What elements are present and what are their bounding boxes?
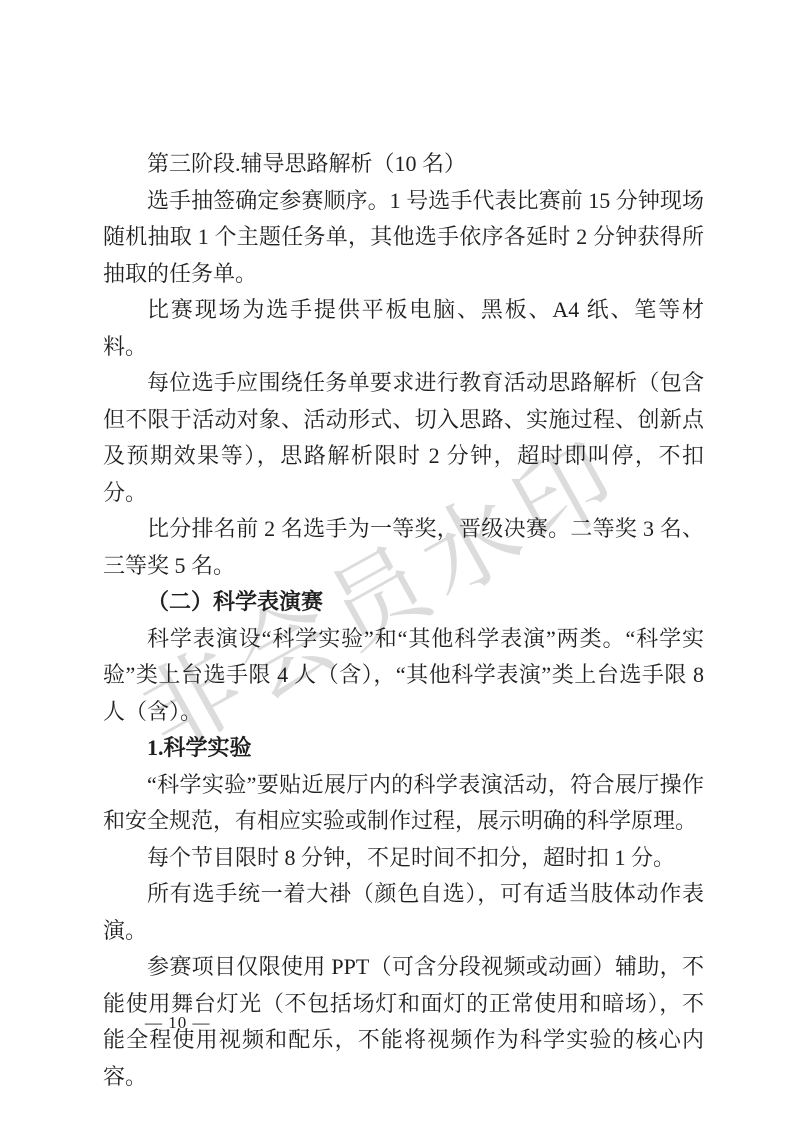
heading-science-performance-contest: （二）科学表演赛 [103,584,704,621]
paragraph-stage3-title: 第三阶段.辅导思路解析（10 名） [103,146,704,183]
paragraph-materials: 比赛现场为选手提供平板电脑、黑板、A4 纸、笔等材料。 [103,292,704,365]
paragraph-dress-code: 所有选手统一着大褂（颜色自选），可有适当肢体动作表演。 [103,876,704,949]
paragraph-time-limit: 每个节目限时 8 分钟，不足时间不扣分，超时扣 1 分。 [103,840,704,877]
document-page: 非会员水印 第三阶段.辅导思路解析（10 名） 选手抽签确定参赛顺序。1 号选手… [0,0,793,1122]
heading-science-experiment: 1.科学实验 [103,730,704,767]
paragraph-draw-order: 选手抽签确定参赛顺序。1 号选手代表比赛前 15 分钟现场随机抽取 1 个主题任… [103,183,704,293]
paragraph-experiment-requirements: “科学实验”要贴近展厅内的科学表演活动，符合展厅操作和安全规范，有相应实验或制作… [103,767,704,840]
paragraph-performance-categories: 科学表演设“科学实验”和“其他科学表演”两类。“科学实验”类上台选手限 4 人（… [103,621,704,731]
paragraph-awards: 比分排名前 2 名选手为一等奖，晋级决赛。二等奖 3 名、三等奖 5 名。 [103,511,704,584]
paragraph-analysis-requirements: 每位选手应围绕任务单要求进行教育活动思路解析（包含但不限于活动对象、活动形式、切… [103,365,704,511]
page-number: — 10 — [145,1013,211,1033]
document-body: 第三阶段.辅导思路解析（10 名） 选手抽签确定参赛顺序。1 号选手代表比赛前 … [103,146,704,1095]
